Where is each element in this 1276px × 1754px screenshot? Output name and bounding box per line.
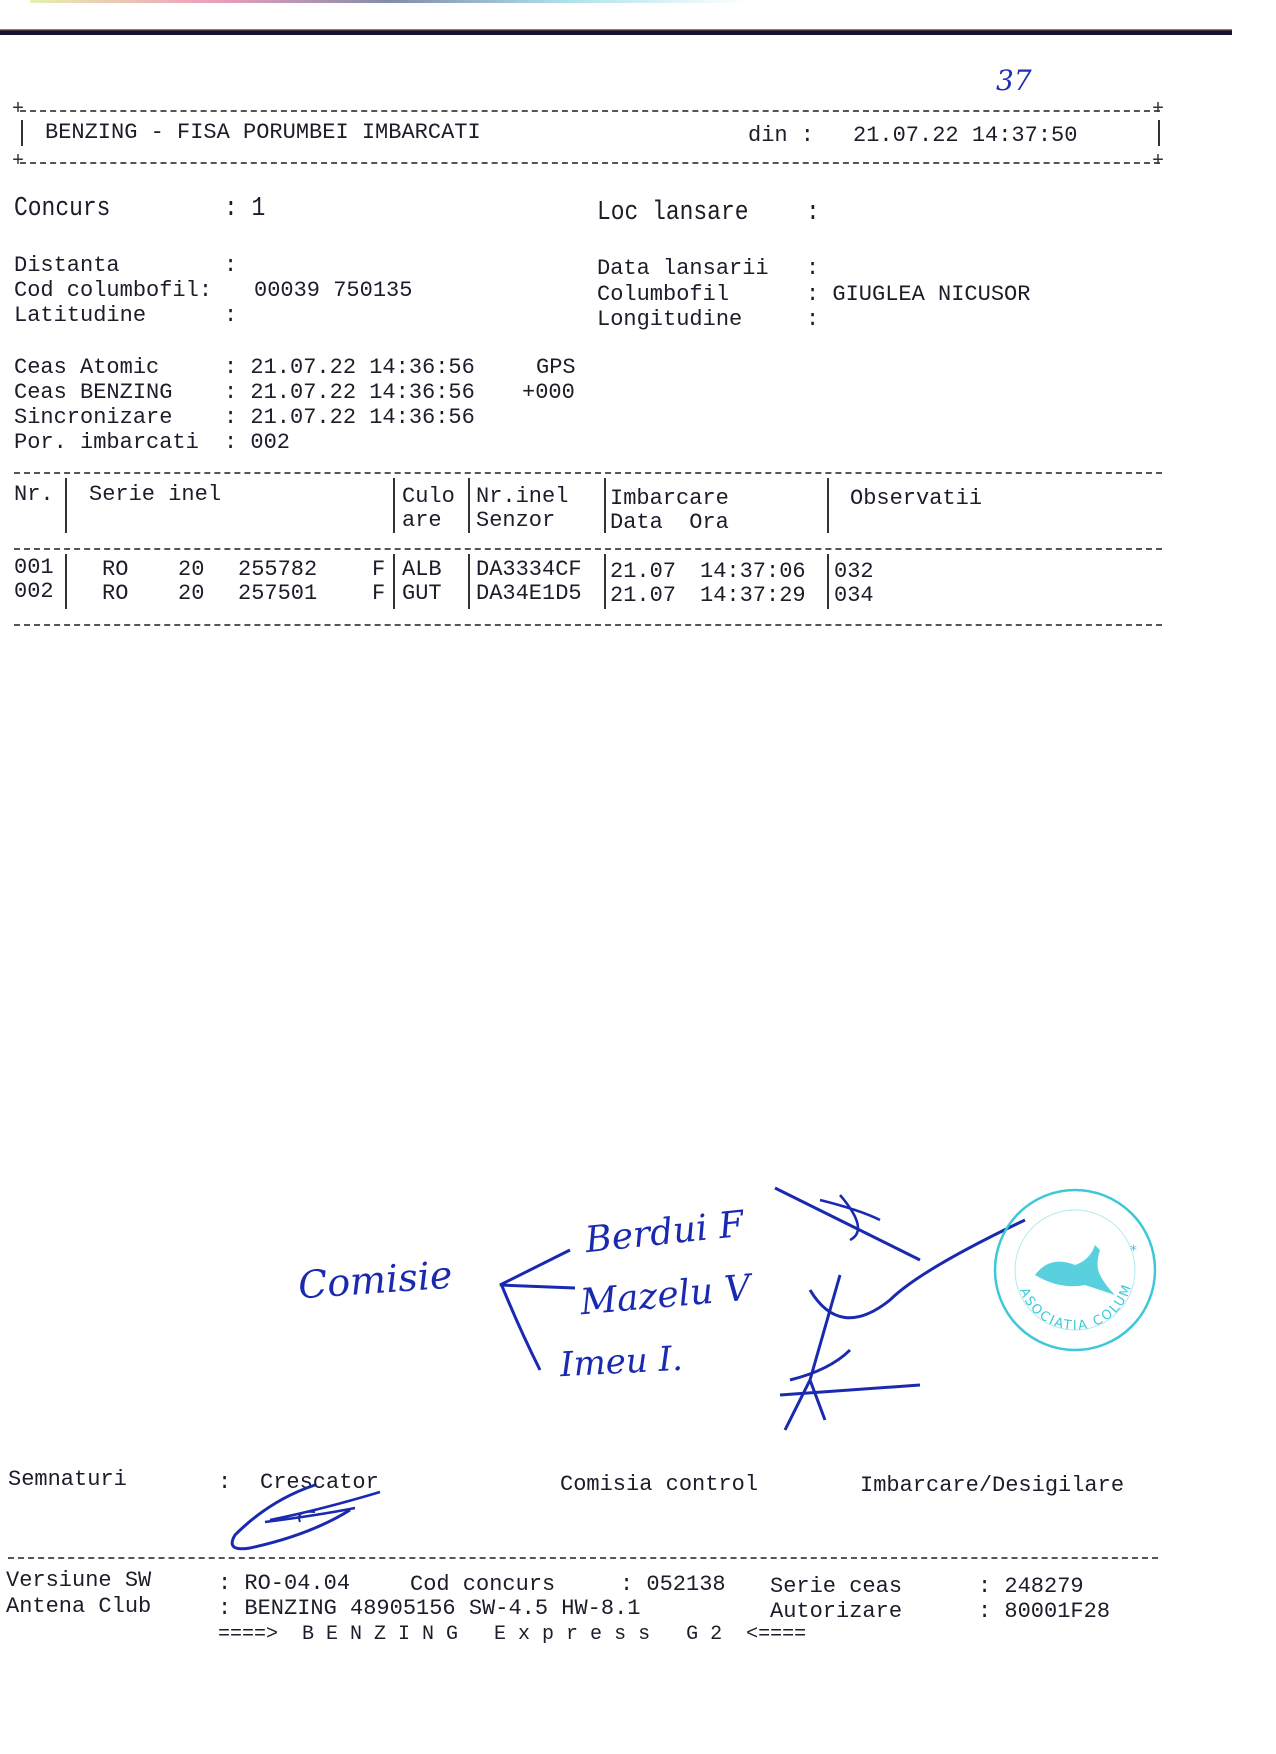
cod-concurs-value: : 052138 xyxy=(620,1572,726,1597)
cell-time: 14:37:06 xyxy=(700,559,806,584)
loc-lansare-label: Loc lansare xyxy=(597,198,748,228)
antena-value: : BENZING 48905156 SW-4.5 HW-8.1 xyxy=(218,1596,640,1621)
concurs-value: : 1 xyxy=(224,194,265,224)
table-bottom-border xyxy=(14,624,1162,626)
clock-suffix: GPS xyxy=(536,355,576,380)
cell-sex: F xyxy=(372,581,385,606)
cell-year: 20 xyxy=(178,581,204,606)
cell-observatii: 032 xyxy=(834,559,874,584)
clock-value: : 21.07.22 14:36:56 xyxy=(224,405,475,430)
clock-value: : 21.07.22 14:36:56 xyxy=(224,380,475,405)
signature-comisia: Comisia control xyxy=(560,1472,758,1497)
autorizare-value: : 80001F28 xyxy=(978,1599,1110,1624)
cell-time: 14:37:29 xyxy=(700,583,806,608)
longitudine-value: : xyxy=(806,307,819,332)
versiune-value: : RO-04.04 xyxy=(218,1571,350,1596)
columbofil-value: : GIUGLEA NICUSOR xyxy=(806,282,1030,307)
cell-country: RO xyxy=(102,557,128,582)
header-left-bar xyxy=(21,120,23,146)
corner-plus: + xyxy=(1152,100,1164,120)
svg-text:ASOCIATIA COLUMBOFILA: ASOCIATIA COLUMBOFILA xyxy=(990,1185,1136,1334)
cell-nr: 001 xyxy=(14,555,54,580)
col-sep xyxy=(65,478,67,533)
header-culoare: Culo xyxy=(402,484,455,509)
header-culoare: are xyxy=(402,508,442,533)
concurs-label: Concurs xyxy=(14,194,110,224)
scan-edge xyxy=(30,0,750,3)
col-sep xyxy=(393,554,395,609)
data-lansarii-label: Data lansarii xyxy=(597,256,769,281)
cod-columbofil-label: Cod columbofil: xyxy=(14,278,212,303)
col-sep xyxy=(604,554,606,609)
header-bottom-border xyxy=(20,162,1160,164)
top-scan-bar xyxy=(0,29,1232,35)
cell-color: ALB xyxy=(402,557,442,582)
din-value: 21.07.22 14:37:50 xyxy=(853,123,1077,148)
cod-columbofil-value: 00039 750135 xyxy=(254,278,412,303)
page-marker: 37 xyxy=(996,64,1032,97)
benzing-express-banner: ====> B E N Z I N G E x p r e s s G 2 <=… xyxy=(218,1622,806,1647)
header-imbarcare: Imbarcare xyxy=(610,486,729,511)
cod-concurs-label: Cod concurs xyxy=(410,1572,555,1597)
loc-lansare-value: : xyxy=(806,198,820,228)
corner-plus: + xyxy=(12,100,24,120)
cell-year: 20 xyxy=(178,557,204,582)
commission-signature-strokes xyxy=(480,1180,1040,1450)
table-header-border xyxy=(14,548,1162,550)
columbofil-label: Columbofil xyxy=(597,282,729,307)
distanta-label: Distanta xyxy=(14,253,120,278)
cell-sensor: DA34E1D5 xyxy=(476,581,582,606)
cell-observatii: 034 xyxy=(834,583,874,608)
cell-date: 21.07 xyxy=(610,583,676,608)
col-sep xyxy=(468,554,470,609)
table-top-border xyxy=(14,472,1162,474)
header-nr: Nr. xyxy=(14,482,54,507)
clock-value: : 21.07.22 14:36:56 xyxy=(224,355,475,380)
serie-ceas-value: : 248279 xyxy=(978,1574,1084,1599)
clock-label: Ceas BENZING xyxy=(14,380,172,405)
longitudine-label: Longitudine xyxy=(597,307,742,332)
signature-imbarcare: Imbarcare/Desigilare xyxy=(860,1473,1124,1498)
cell-date: 21.07 xyxy=(610,559,676,584)
autorizare-label: Autorizare xyxy=(770,1599,902,1624)
semnaturi-label: Semnaturi xyxy=(8,1467,127,1492)
header-data-ora: Data Ora xyxy=(610,510,729,535)
stamp-text: ASOCIATIA COLUMBOFILA xyxy=(990,1185,1136,1334)
cell-color: GUT xyxy=(402,581,442,606)
col-sep xyxy=(827,554,829,609)
header-serie-inel: Serie inel xyxy=(89,482,221,507)
latitudine-label: Latitudine xyxy=(14,303,146,328)
latitudine-value: : xyxy=(224,303,237,328)
cell-ring: 257501 xyxy=(238,581,317,606)
distanta-value: : xyxy=(224,253,237,278)
svg-text:*: * xyxy=(1130,1243,1137,1259)
clock-value: : 002 xyxy=(224,430,290,455)
col-sep xyxy=(468,478,470,533)
data-lansarii-value: : xyxy=(806,256,819,281)
cell-ring: 255782 xyxy=(238,557,317,582)
col-sep xyxy=(65,554,67,609)
header-senzor: Senzor xyxy=(476,508,555,533)
cell-country: RO xyxy=(102,581,128,606)
cell-nr: 002 xyxy=(14,579,54,604)
header-observatii: Observatii xyxy=(850,486,982,511)
clock-suffix: +000 xyxy=(522,380,575,405)
header-top-border xyxy=(20,110,1160,112)
versiune-label: Versiune SW xyxy=(6,1568,151,1593)
cell-sensor: DA3334CF xyxy=(476,557,582,582)
antena-label: Antena Club xyxy=(6,1594,151,1619)
col-sep xyxy=(827,478,829,533)
crescator-signature xyxy=(220,1480,400,1560)
col-sep xyxy=(393,478,395,533)
header-nr-inel: Nr.inel xyxy=(476,484,568,509)
clock-label: Sincronizare xyxy=(14,405,172,430)
handwritten-comisie: Comisie xyxy=(297,1253,454,1308)
header-right-bar xyxy=(1158,120,1160,146)
document-title: BENZING - FISA PORUMBEI IMBARCATI xyxy=(45,120,481,145)
corner-plus: + xyxy=(12,152,24,172)
serie-ceas-label: Serie ceas xyxy=(770,1574,902,1599)
footer-border xyxy=(8,1557,1158,1559)
clock-label: Ceas Atomic xyxy=(14,355,159,380)
association-stamp: * ASOCIATIA COLUMBOFILA xyxy=(990,1185,1160,1355)
cell-sex: F xyxy=(372,557,385,582)
corner-plus: + xyxy=(1152,152,1164,172)
din-label: din : xyxy=(748,123,814,148)
clock-label: Por. imbarcati xyxy=(14,430,199,455)
col-sep xyxy=(604,478,606,533)
